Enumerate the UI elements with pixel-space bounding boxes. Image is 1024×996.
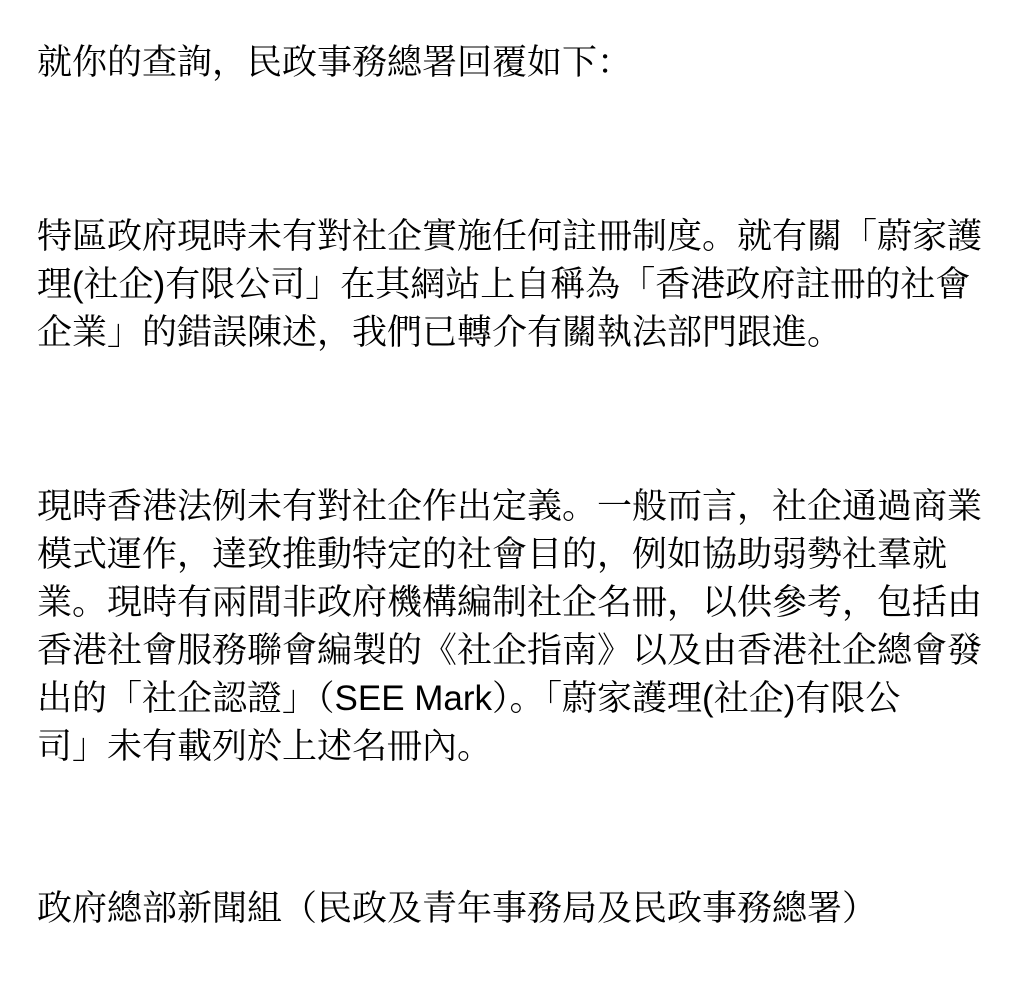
signature-line: 政府總部新聞組（民政及青年事務局及民政事務總署） — [37, 885, 1004, 933]
document-page: 就你的查詢，民政事務總署回覆如下： 特區政府現時未有對社企實施任何註冊制度。就有… — [0, 0, 1024, 996]
text-line: 理(社企)有限公司」在其網站上自稱為「香港政府註冊的社會 — [37, 261, 1004, 309]
registration-paragraph: 特區政府現時未有對社企實施任何註冊制度。就有關「蔚家護 理(社企)有限公司」在其… — [37, 213, 1004, 357]
text-line: 企業」的錯誤陳述，我們已轉介有關執法部門跟進。 — [37, 309, 1004, 357]
document-body: 就你的查詢，民政事務總署回覆如下： 特區政府現時未有對社企實施任何註冊制度。就有… — [0, 0, 1024, 933]
text-line: 司」未有載列於上述名冊內。 — [37, 723, 1004, 771]
text-line: 業。現時有兩間非政府機構編制社企名冊，以供參考，包括由 — [37, 579, 1004, 627]
text-line: 現時香港法例未有對社企作出定義。一般而言，社企通過商業 — [37, 483, 1004, 531]
signature-paragraph: 政府總部新聞組（民政及青年事務局及民政事務總署） — [37, 885, 1004, 933]
text-line: 模式運作，達致推動特定的社會目的，例如協助弱勢社羣就 — [37, 531, 1004, 579]
text-line: 香港社會服務聯會編製的《社企指南》以及由香港社企總會發 — [37, 627, 1004, 675]
intro-line: 就你的查詢，民政事務總署回覆如下： — [37, 39, 1004, 87]
definition-paragraph: 現時香港法例未有對社企作出定義。一般而言，社企通過商業 模式運作，達致推動特定的… — [37, 483, 1004, 771]
text-line: 出的「社企認證」（SEE Mark）。「蔚家護理(社企)有限公 — [37, 675, 1004, 723]
intro-paragraph: 就你的查詢，民政事務總署回覆如下： — [37, 39, 1004, 87]
text-line: 特區政府現時未有對社企實施任何註冊制度。就有關「蔚家護 — [37, 213, 1004, 261]
